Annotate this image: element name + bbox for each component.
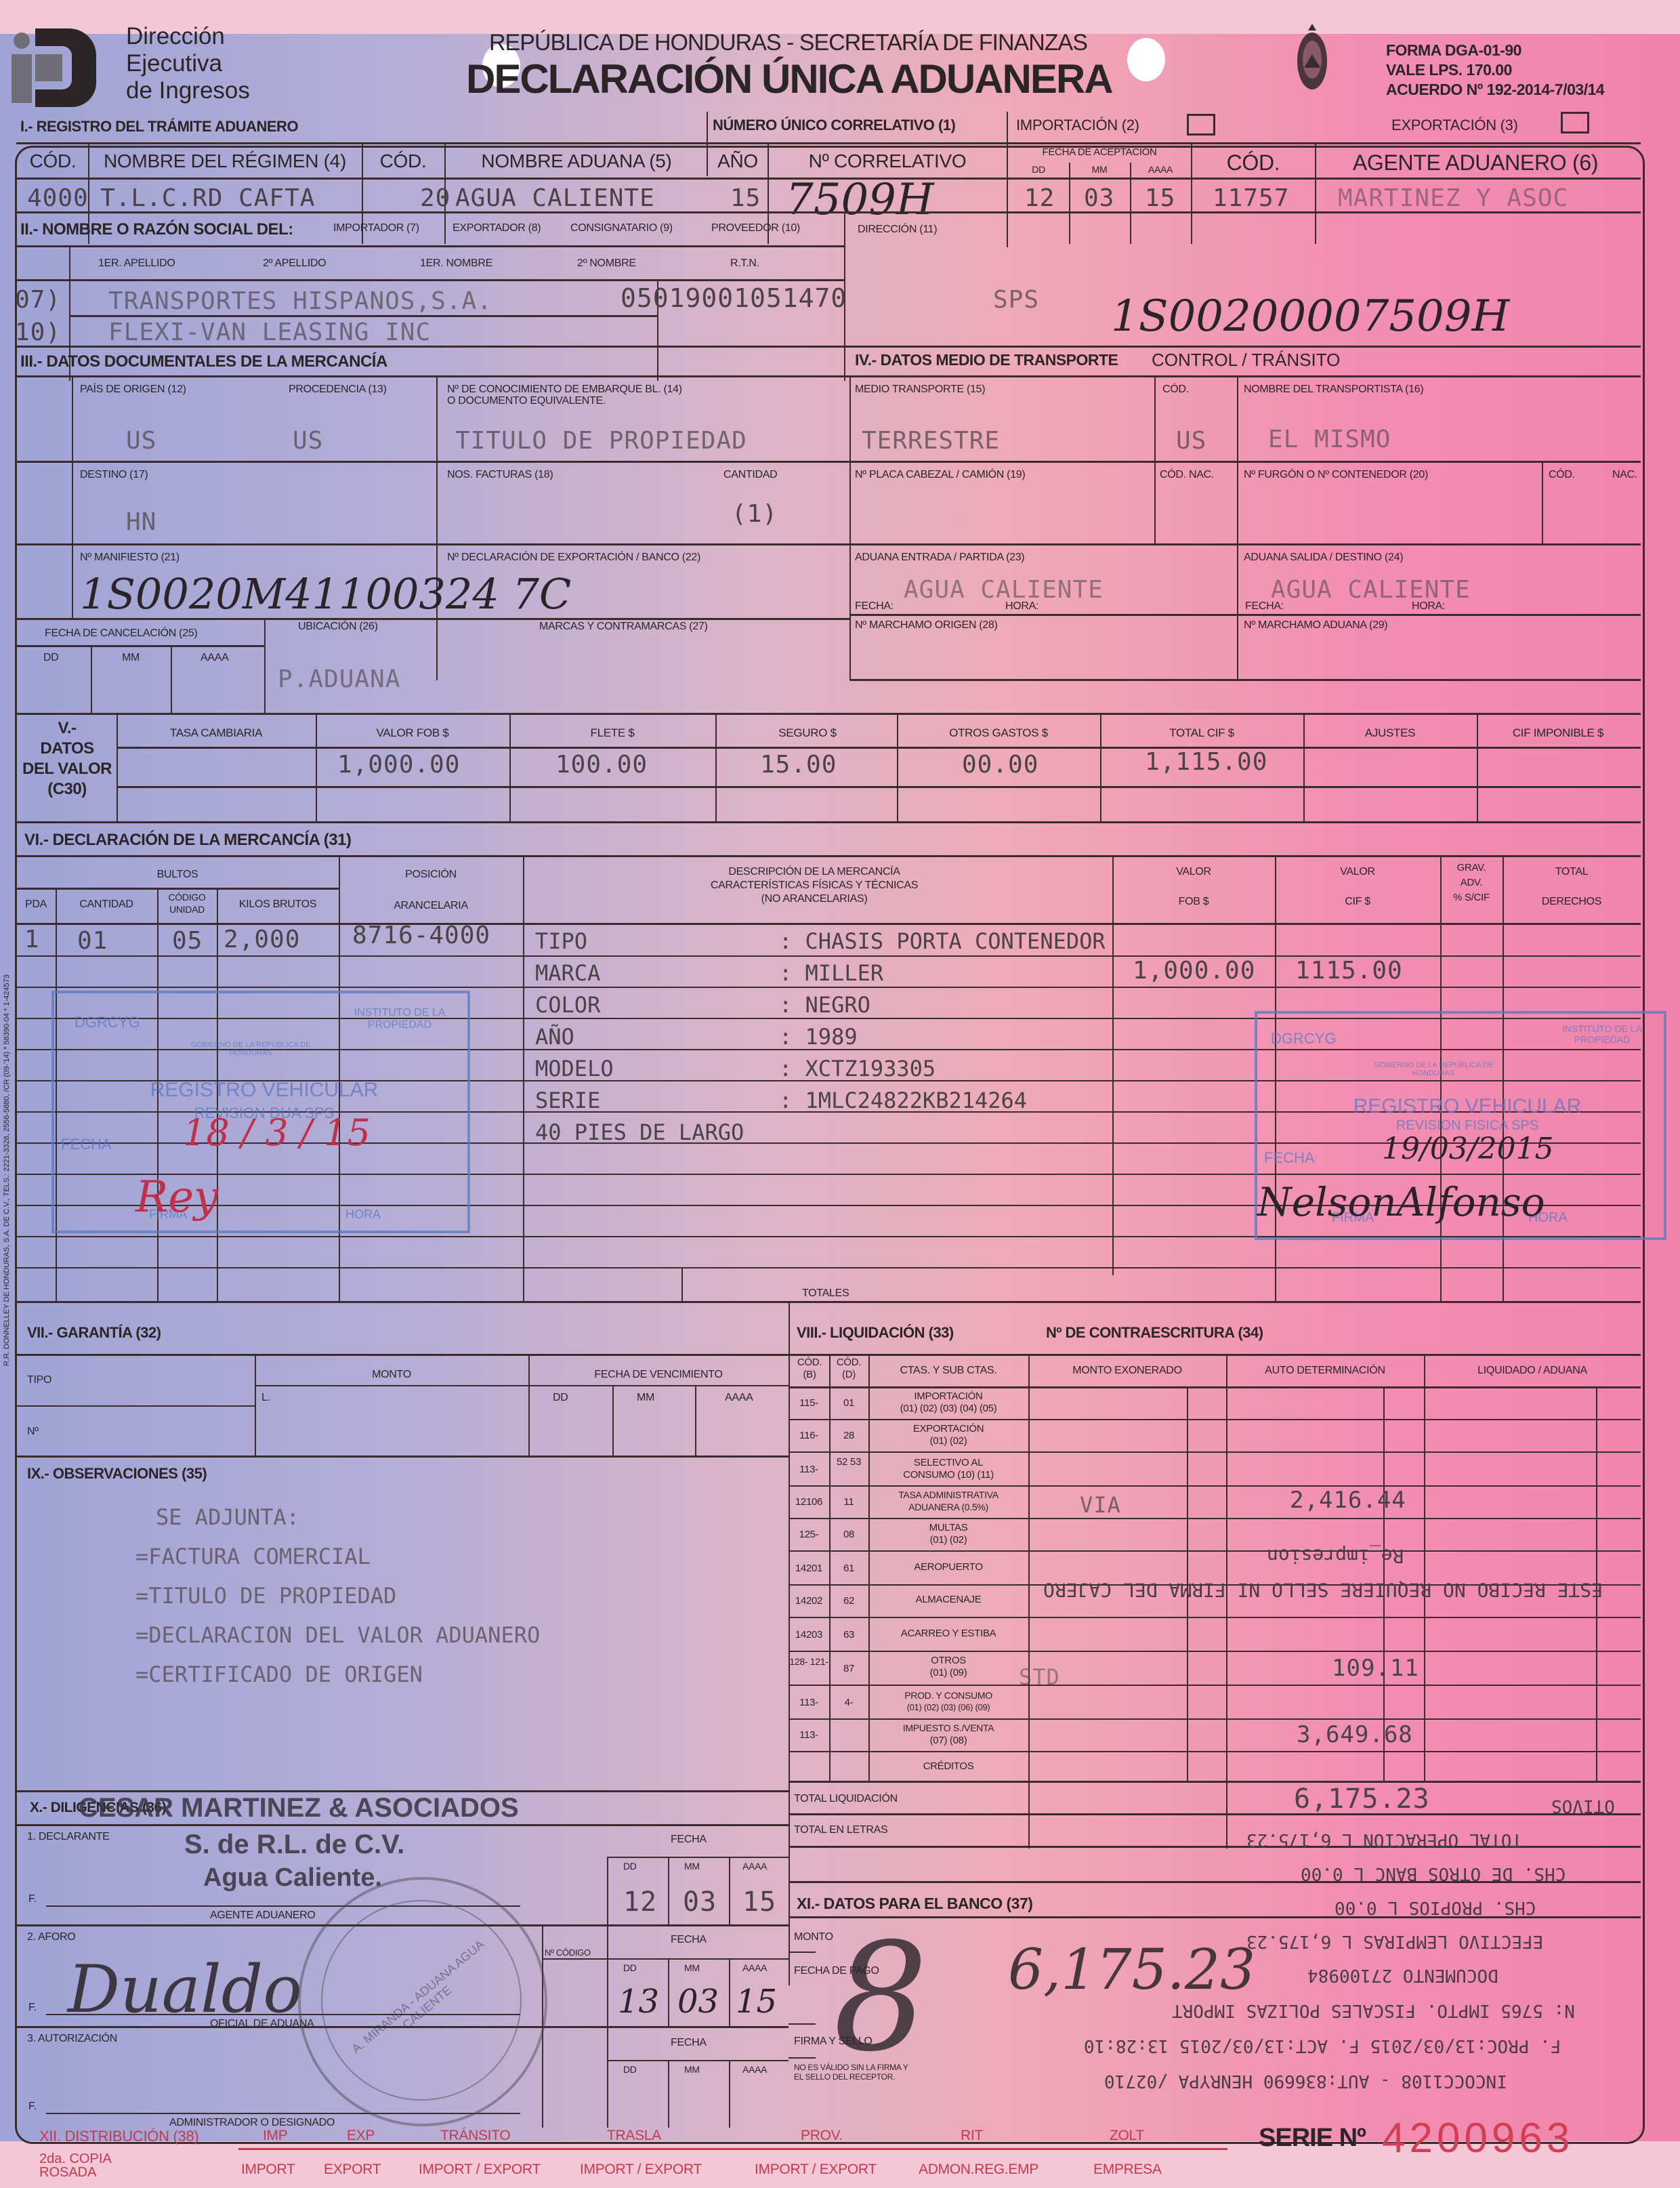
liq-row: 116- 28 EXPORTACIÓN (01) (02) (789, 1420, 1641, 1451)
guarantee-aaaa-label: AAAA (725, 1392, 753, 1404)
inspection-dd-label: DD (623, 1962, 637, 1973)
honduras-coat-of-arms-icon (1295, 20, 1328, 102)
form-price: VALE LPS. 170.00 (1386, 60, 1604, 80)
national-code-label: CÓD. NAC. (1160, 469, 1214, 481)
customs-name: AGUA CALIENTE (455, 184, 655, 212)
desc-value: 1MLC24822KB214264 (805, 1088, 1028, 1113)
dist-zolt: ZOLT (1110, 2128, 1144, 2144)
inspection-code-label: Nº CÓDIGO (545, 1947, 591, 1958)
liq-code-d: 63 (829, 1629, 868, 1640)
authorization-dd-label: DD (623, 2064, 637, 2075)
liq-code-d: 08 (829, 1529, 868, 1540)
provenance-label: PROCEDENCIA (13) (289, 384, 387, 396)
liq-account: IMPUESTO S./VENTA (868, 1722, 1028, 1733)
liq-code-b: 12106 (789, 1496, 829, 1508)
observation-line: =DECLARACION DEL VALOR ADUANERO (135, 1615, 540, 1655)
liq-account: AEROPUERTO (868, 1561, 1028, 1573)
reprint-notice: Re_impresion (1267, 1545, 1404, 1567)
customs-seal-label: Nº MARCHAMO ADUANA (29) (1244, 619, 1387, 632)
stamp-institute: INSTITUTO DE LA PROPIEDAD (339, 1007, 461, 1031)
liq-subaccount: (01) (09) (868, 1667, 1028, 1678)
receipt-line: CHS. DE OTROS BANC L 0.00 (1301, 1863, 1566, 1884)
agency-stamp-line3: Agua Caliente. (203, 1863, 382, 1893)
liq-code-d: 4- (829, 1697, 868, 1708)
bill-of-lading-label-2: O DOCUMENTO EQUIVALENTE. (447, 395, 606, 407)
container-nat-label: NAC. (1612, 469, 1637, 481)
observation-line: =CERTIFICADO DE ORIGEN (135, 1655, 540, 1694)
total-duties-label: TOTAL (1503, 866, 1641, 878)
acceptance-day: 12 (1024, 184, 1055, 212)
col-cod-aduana: CÓD. (363, 150, 443, 172)
declarant-year: 15 (742, 1886, 776, 1918)
role-supplier: PROVEEDOR (10) (711, 222, 800, 234)
item-cif-label: VALOR (1275, 866, 1440, 878)
customs-agent-label: AGENTE ADUANERO (210, 1910, 316, 1922)
party-1-address: SPS (993, 286, 1039, 314)
agreement-number: ACUERDO Nº 192-2014-7/03/14 (1386, 80, 1604, 100)
taxable-cif-label: CIF IMPONIBLE $ (1477, 726, 1639, 740)
party-1-code: 07) (15, 286, 61, 314)
total-cif-value: 1,115.00 (1145, 748, 1267, 776)
party-2-code: 10) (15, 318, 61, 346)
item-quantity-label: CANTIDAD (56, 899, 157, 911)
total-in-words-label: TOTAL EN LETRAS (794, 1824, 887, 1836)
item-quantity: 01 (77, 927, 108, 955)
total-liquidation-label: TOTAL LIQUIDACIÓN (794, 1793, 898, 1805)
col-dd: DD (1008, 164, 1069, 175)
import-checkbox[interactable] (1187, 114, 1215, 136)
printer-imprint: R.R. DONNELLEY DE HONDURAS, S.A. DE C.V.… (3, 851, 11, 1366)
item-fob-label: VALOR (1112, 866, 1275, 878)
desc-key: TIPO (535, 926, 779, 957)
desc-value: NEGRO (805, 992, 870, 1018)
manifest-label: Nº MANIFIESTO (21) (80, 552, 180, 564)
cancel-dd-label: DD (43, 652, 59, 664)
desc-key: MARCA (535, 957, 779, 989)
receipt-notice: ESTE RECIBO NO REQUIERE SELLO NI FIRMA D… (1043, 1579, 1603, 1601)
unit-code-label: CÓDIGO (157, 892, 217, 903)
col-anio: AÑO (708, 150, 768, 172)
invoices-label: NOS. FACTURAS (18) (447, 469, 553, 481)
liq-exempt: VIA (1080, 1492, 1121, 1518)
guarantee-mm-label: MM (637, 1392, 654, 1404)
liq-code-d: 87 (829, 1663, 868, 1674)
liq-code-b: 14201 (789, 1563, 829, 1574)
section-5-title-2: DATOS (18, 739, 117, 759)
totals-label: TOTALES (802, 1287, 849, 1300)
cancel-mm-label: MM (122, 652, 140, 664)
liq-code-d: 01 (829, 1397, 868, 1409)
cancel-date-label: FECHA DE CANCELACIÓN (25) (45, 627, 197, 640)
plate-label: Nº PLACA CABEZAL / CAMIÓN (19) (855, 469, 1025, 481)
stamp-institute: INSTITUTO DE LA PROPIEDAD (1545, 1023, 1660, 1045)
liq-code-d: 52 53 (829, 1457, 868, 1468)
section-11-title: XI.- DATOS PARA EL BANCO (37) (797, 1895, 1032, 1913)
receipt-line: F. PROC:13/03/2015 F. ACT:13/03/2015 13:… (1084, 2036, 1561, 2056)
role-consignee: CONSIGNATARIO (9) (570, 222, 673, 234)
manifest-number: 1S0020M41100324 7C (80, 569, 571, 619)
declarant-aaaa-label: AAAA (742, 1861, 767, 1872)
inspection-aaaa-label: AAAA (742, 1962, 767, 1973)
authorization-sign-label: F. (28, 2101, 37, 2113)
agency-stamp-line1: CESAR MARTINEZ & ASOCIADOS (79, 1793, 519, 1823)
bank-amount-label: MONTO (794, 1931, 833, 1943)
desc-value: CHASIS PORTA CONTENEDOR (805, 928, 1106, 954)
ad-valorem-label-3: % S/CIF (1440, 892, 1503, 903)
stamp-org: DGRCYG (1271, 1030, 1337, 1048)
inspection-date-label: FECHA (671, 1934, 707, 1946)
party-1-name: TRANSPORTES HISPANOS,S.A. (108, 287, 492, 315)
liq-subaccount: (01) (02) (868, 1534, 1028, 1546)
liq-account: MULTAS (868, 1522, 1028, 1533)
liq-code-b: 113- (789, 1697, 829, 1708)
col-fecha-aceptacion: FECHA DE ACEPTACIÓN (1008, 146, 1191, 158)
dist-empresa: EMPRESA (1093, 2162, 1162, 2178)
unique-correlative-label: NÚMERO ÚNICO CORRELATIVO (1) (713, 117, 955, 134)
export-checkbox[interactable] (1561, 112, 1589, 133)
exit-customs-label: ADUANA SALIDA / DESTINO (24) (1244, 552, 1403, 564)
inspection-label: 2. AFORO (27, 1931, 75, 1943)
section-9-title: IX.- OBSERVACIONES (35) (27, 1465, 207, 1483)
entry-date-label: FECHA: (855, 600, 894, 613)
observation-line: =TITULO DE PROPIEDAD (135, 1576, 540, 1615)
total-duties-label-2: DERECHOS (1503, 896, 1641, 908)
inspection-month: 03 (677, 1983, 719, 2021)
total-cif-label: TOTAL CIF $ (1100, 726, 1303, 740)
inspection-sign-label: F. (28, 2002, 37, 2014)
receipt-line: OTIVOS (1551, 1796, 1615, 1816)
section-3-title: III.- DATOS DOCUMENTALES DE LA MERCANCÍA (20, 352, 387, 371)
receipt-line: EFECTIVO LEMPIRAS L 6,175.23 (1246, 1931, 1543, 1952)
item-number: 1 (24, 926, 40, 953)
republic-heading: REPÚBLICA DE HONDURAS - SECRETARÍA DE FI… (489, 30, 1087, 56)
gross-kilos-label: KILOS BRUTOS (217, 899, 339, 911)
container-label: Nº FURGÓN O Nº CONTENEDOR (20) (1244, 469, 1428, 481)
stamp-government: GOBIERNO DE LA REPÚBLICA DE HONDURAS (176, 1041, 325, 1057)
description-label-3: (NO ARANCELARIAS) (523, 893, 1106, 905)
desc-row: COLOR: NEGRO (535, 989, 1106, 1021)
liq-account: ACARREO Y ESTIBA (868, 1628, 1028, 1639)
role-exporter: EXPORTADOR (8) (453, 222, 541, 234)
liq-col-customs-settled: LIQUIDADO / ADUANA (1424, 1365, 1641, 1377)
handwritten-reference: 1S00200007509H (1111, 291, 1509, 342)
authorization-mm-label: MM (684, 2064, 700, 2075)
marks-label: MARCAS Y CONTRAMARCAS (27) (539, 621, 708, 633)
agent-code: 11757 (1213, 184, 1289, 212)
page-title: DECLARACIÓN ÚNICA ADUANERA (466, 56, 1112, 102)
receipt-line: INCOCC1108 - AUT:836690 HENRYPA /02710 (1104, 2071, 1507, 2091)
observation-line: =FACTURA COMERCIAL (135, 1537, 540, 1576)
declarant-month: 03 (683, 1886, 717, 1918)
section-5-title: V.- (18, 718, 117, 739)
acceptance-year: 15 (1145, 184, 1175, 212)
liq-subaccount: (01) (02) (868, 1435, 1028, 1447)
declarant-label: 1. DECLARANTE (27, 1831, 109, 1843)
liq-code-b: 113- (789, 1464, 829, 1475)
desc-value: 1989 (805, 1024, 858, 1050)
freight-label: FLETE $ (509, 726, 715, 740)
observation-line: SE ADJUNTA: (135, 1498, 540, 1537)
liq-account: PROD. Y CONSUMO (868, 1690, 1028, 1701)
stamp-time-label: HORA (345, 1207, 381, 1222)
entry-customs-label: ADUANA ENTRADA / PARTIDA (23) (855, 552, 1024, 564)
desc-value: XCTZ193305 (805, 1056, 936, 1081)
liq-code-b: 125- (789, 1529, 829, 1540)
entry-customs: AGUA CALIENTE (904, 576, 1104, 604)
declarant-day: 12 (623, 1886, 657, 1918)
section-4-subtitle: CONTROL / TRÁNSITO (1152, 350, 1340, 371)
inspection-mm-label: MM (684, 1962, 700, 1973)
liq-self-assessment: 2,416.44 (1290, 1487, 1406, 1514)
liq-col-self-assessment: AUTO DETERMINACIÓN (1226, 1365, 1424, 1377)
bank-receipt-overprint: Re_impresion ESTE RECIBO NO REQUIERE SEL… (1016, 1545, 1639, 2128)
col-aaaa: AAAA (1130, 164, 1191, 175)
col-first-surname: 1er. APELLIDO (98, 257, 175, 270)
guarantee-type-label: TIPO (27, 1374, 51, 1386)
liq-code-d: 11 (829, 1496, 868, 1508)
liq-code-b: 115- (789, 1397, 829, 1409)
col-regimen: NOMBRE DEL RÉGIMEN (4) (89, 150, 360, 172)
entry-time-label: HORA: (1005, 600, 1038, 613)
receipt-line: TOTAL OPERACION L 6,175.23 (1246, 1830, 1522, 1850)
dist-import: IMPORT (241, 2162, 295, 2178)
stamp-org: DGRCYG (75, 1014, 140, 1031)
authorization-aaaa-label: AAAA (742, 2064, 767, 2075)
agent-name: MARTINEZ Y ASOC (1338, 184, 1568, 212)
description-label: DESCRIPCIÓN DE LA MERCANCÍA (523, 866, 1106, 878)
bank-handwritten-amount: 6,175.23 (1008, 1938, 1255, 2002)
exit-time-label: HORA: (1412, 600, 1445, 613)
liq-code-b: 113- (789, 1729, 829, 1741)
col-first-name: 1er. NOMBRE (420, 257, 492, 270)
col-agente: AGENTE ADUANERO (6) (1316, 150, 1635, 176)
receipt-line: CHS. PROPIOS L 0.00 (1335, 1897, 1536, 1918)
liq-code-d: 28 (829, 1430, 868, 1441)
inspector-signature: Dualdo (68, 1952, 302, 2027)
dist-export: EXPORT (324, 2162, 381, 2178)
dist-import-export-1: IMPORT / EXPORT (419, 2162, 541, 2178)
bill-of-lading: TITULO DE PROPIEDAD (455, 427, 747, 455)
liq-row: 115- 01 IMPORTACIÓN (01) (02) (03) (04) … (789, 1386, 1641, 1419)
inspection-year: 15 (736, 1983, 777, 2021)
form-code: FORMA DGA-01-90 (1386, 41, 1604, 60)
liq-account: EXPORTACIÓN (868, 1423, 1028, 1434)
insurance-value: 15.00 (760, 751, 837, 779)
regime-code: 4000 (27, 184, 89, 212)
section-5-title-3: DEL VALOR (18, 759, 117, 779)
declarant-date-label: FECHA (671, 1834, 707, 1846)
fob-value: 1,000.00 (337, 751, 460, 779)
cancel-aaaa-label: AAAA (201, 652, 229, 664)
copy-label-2: ROSADA (39, 2166, 112, 2179)
agency-name-line3: de Ingresos (126, 77, 250, 104)
authorization-date-label: FECHA (671, 2037, 707, 2049)
provenance: US (293, 427, 323, 455)
other-expenses-value: 00.00 (962, 751, 1038, 779)
transport-code-label: CÓD. (1162, 384, 1189, 396)
desc-value: MILLER (805, 960, 884, 986)
liq-code-b: 116- (789, 1430, 829, 1441)
exit-customs: AGUA CALIENTE (1271, 576, 1471, 604)
item-tariff-position: 8716-4000 (352, 922, 490, 949)
fob-value-label: VALOR FOB $ (316, 726, 509, 740)
ad-valorem-label: GRAV. (1440, 862, 1503, 873)
desc-key: AÑO (535, 1021, 779, 1053)
description-label-2: CARACTERÍSTICAS FÍSICAS Y TÉCNICAS (523, 880, 1106, 892)
liq-col-code-b: CÓD. (B) (790, 1357, 829, 1381)
role-importer: IMPORTADOR (7) (333, 222, 419, 234)
item-fob-value: 1,000.00 (1133, 957, 1255, 985)
liq-col-accounts: CTAS. Y SUB CTAS. (868, 1365, 1028, 1377)
copy-label-1: 2da. COPIA (39, 2152, 112, 2166)
punch-hole (1127, 38, 1165, 81)
exchange-rate-label: TASA CAMBIARIA (117, 726, 316, 740)
liq-account: IMPORTACIÓN (868, 1390, 1028, 1402)
serial-number: 4200963 (1382, 2114, 1574, 2162)
tariff-position-label: POSICIÓN (339, 869, 523, 881)
party-2-name: FLEXI-VAN LEASING INC (108, 318, 431, 346)
packages-label: BULTOS (16, 869, 339, 881)
other-expenses-label: OTROS GASTOS $ (897, 726, 1100, 740)
bank-signature: 8 (833, 1911, 928, 2084)
location: P.ADUANA (278, 665, 400, 693)
col-rtn: R.T.N. (730, 257, 759, 270)
bill-of-lading-label: Nº DE CONOCIMIENTO DE EMBARQUE BL. (14) (447, 384, 682, 396)
col-mm: MM (1069, 164, 1130, 175)
liq-code-b: 14203 (789, 1629, 829, 1640)
regime-name: T.L.C.RD CAFTA (100, 184, 315, 212)
section-8-title: VIII.- LIQUIDACIÓN (33) (797, 1324, 954, 1342)
adjustments-label: AJUSTES (1303, 726, 1477, 740)
liq-account: TASA ADMINISTRATIVA (868, 1489, 1028, 1500)
dist-import-export-2: IMPORT / EXPORT (580, 2162, 702, 2178)
item-cif-label-2: CIF $ (1275, 896, 1440, 908)
declarant-mm-label: MM (684, 1861, 700, 1872)
item-number-label: PDA (16, 899, 56, 911)
stamp-left-signature: Rey (135, 1172, 218, 1222)
customs-declaration-form: Dirección Ejecutiva de Ingresos REPÚBLIC… (0, 34, 1680, 2141)
year: 15 (730, 184, 761, 212)
customs-round-stamp: A. MIRANDA - ADUANA AGUA CALIENTE (298, 1877, 547, 2126)
stamp-right-signature: NelsonAlfonso (1257, 1179, 1545, 1225)
liq-code-d: 61 (829, 1563, 868, 1574)
copy-label: 2da. COPIA ROSADA (39, 2152, 112, 2179)
desc-row: AÑO: 1989 (535, 1021, 1106, 1053)
quantity: (1) (732, 500, 778, 528)
liq-code-b: 14202 (789, 1595, 829, 1607)
liq-account: ALMACENAJE (868, 1594, 1028, 1605)
stamp-title: REGISTRO VEHICULAR (95, 1079, 434, 1102)
acceptance-month: 03 (1084, 184, 1114, 212)
liq-col-code-d: CÓD. (D) (829, 1357, 868, 1381)
insurance-label: SEGURO $ (715, 726, 900, 740)
origin-country-label: PAÍS DE ORIGEN (12) (80, 384, 186, 396)
dist-rit: RIT (961, 2128, 983, 2144)
origin-country: US (126, 427, 156, 455)
guarantee-dd-label: DD (553, 1392, 568, 1404)
liq-row: 113- 52 53 SELECTIVO AL CONSUMO (10) (11… (789, 1453, 1641, 1485)
dei-logo-icon (8, 27, 96, 108)
inspection-day: 13 (618, 1983, 659, 2021)
section-7-title: VII.- GARANTÍA (32) (27, 1324, 161, 1342)
origin-seal-label: Nº MARCHAMO ORIGEN (28) (855, 619, 998, 632)
export-declaration-label: Nº DECLARACIÓN DE EXPORTACIÓN / BANCO (2… (447, 552, 700, 564)
stamp-date-label: FECHA (1264, 1149, 1315, 1167)
address-label: DIRECCIÓN (11) (858, 224, 937, 236)
stamp-title: REGISTRO VEHICULAR (1284, 1095, 1650, 1118)
item-gross-kilos: 2,000 (224, 926, 300, 953)
item-unit-code: 05 (172, 927, 203, 955)
liq-subaccount: (01) (02) (03) (04) (05) (868, 1403, 1028, 1414)
declarant-sign-label: F. (28, 1893, 37, 1905)
item-fob-label-2: FOB $ (1112, 896, 1275, 908)
dist-prov: PROV. (801, 2128, 843, 2144)
quantity-label: CANTIDAD (723, 469, 777, 481)
liq-subaccount: ADUANERA (0.5%) (868, 1502, 1028, 1512)
observations-text: SE ADJUNTA: =FACTURA COMERCIAL =TITULO D… (135, 1498, 540, 1694)
counter-deed-label: Nº DE CONTRAESCRITURA (34) (1046, 1324, 1263, 1342)
freight-value: 100.00 (555, 751, 648, 779)
party-1-rtn: 05019001051470 (621, 283, 847, 313)
liq-subaccount: (07) (08) (868, 1735, 1028, 1746)
destination: HN (126, 508, 156, 536)
distribution-label: XII. DISTRIBUCIÓN (38) (39, 2128, 198, 2145)
liq-subaccount: CONSUMO (10) (11) (868, 1469, 1028, 1481)
container-code-label: CÓD. (1549, 469, 1575, 481)
liq-subaccount: (01) (02) (03) (06) (09) (868, 1702, 1028, 1712)
stamp-left-date: 18 / 3 / 15 (183, 1111, 371, 1154)
receipt-line: N: 5765 IMPTO. FISCALES POLIZAS IMPORT (1172, 2000, 1575, 2021)
goods-description: TIPO: CHASIS PORTA CONTENEDOR MARCA: MIL… (535, 926, 1106, 1149)
unit-code-label-2: UNIDAD (157, 904, 217, 915)
dist-transit: TRÁNSITO (440, 2128, 510, 2144)
liq-row: 12106 11 TASA ADMINISTRATIVA ADUANERA (0… (789, 1487, 1641, 1518)
guarantee-amount-label: MONTO (255, 1369, 528, 1381)
customs-code: 20 (420, 184, 450, 212)
dist-imp: IMP (263, 2128, 287, 2144)
desc-key: COLOR (535, 989, 779, 1021)
stamp-government: GOBIERNO DE LA REPÚBLICA DE HONDURAS (1359, 1061, 1508, 1077)
carrier-name: EL MISMO (1268, 426, 1391, 453)
section-1-title: I.- REGISTRO DEL TRÁMITE ADUANERO (20, 118, 298, 136)
agency-name-line1: Dirección (126, 23, 250, 50)
liq-account: CRÉDITOS (868, 1760, 1028, 1772)
exit-date-label: FECHA: (1245, 600, 1284, 613)
liq-code-d: 62 (829, 1595, 868, 1607)
liq-account: OTROS (868, 1655, 1028, 1666)
desc-row: TIPO: CHASIS PORTA CONTENEDOR (535, 926, 1106, 957)
dist-exp: EXP (347, 2128, 375, 2144)
carrier-name-label: NOMBRE DEL TRANSPORTISTA (16) (1244, 384, 1423, 396)
guarantee-currency: L. (261, 1392, 270, 1404)
stamp-date-label: FECHA (61, 1136, 112, 1153)
transport-mode-label: MEDIO TRANSPORTE (15) (855, 384, 985, 396)
desc-row: MARCA: MILLER (535, 957, 1106, 989)
location-label: UBICACIÓN (26) (298, 621, 378, 633)
destination-label: DESTINO (17) (80, 469, 148, 481)
serial-label: SERIE Nº (1259, 2124, 1366, 2153)
receipt-line: DOCUMENTO 27100984 (1307, 1965, 1498, 1985)
col-aduana: NOMBRE ADUANA (5) (446, 150, 707, 172)
liq-account: SELECTIVO AL (868, 1457, 1028, 1468)
correlative-number: 7509H (786, 175, 934, 225)
col-cod-agente: CÓD. (1192, 150, 1314, 176)
liq-col-exempt: MONTO EXONERADO (1028, 1365, 1226, 1377)
guarantee-expiry-label: FECHA DE VENCIMIENTO (528, 1369, 789, 1381)
stamp-right-date: 19/03/2015 (1382, 1132, 1554, 1166)
customs-officer-label: OFICIAL DE ADUANA (210, 2018, 314, 2030)
dist-import-export-3: IMPORT / EXPORT (755, 2162, 877, 2178)
